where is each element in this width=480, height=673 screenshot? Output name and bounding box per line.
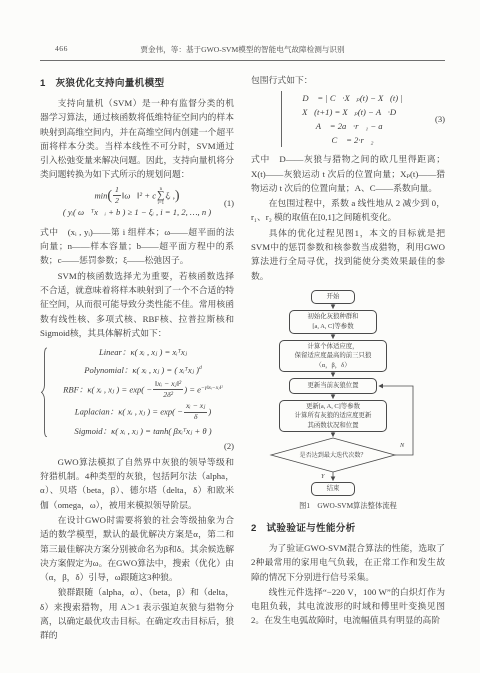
paragraph-eq3-legend: 式中 D——灰狼与猎物之间的欧几里得距离；X(t)——灰狼运动 t 次后的位置向… [251, 152, 445, 195]
equation-1-number: (1) [224, 198, 234, 208]
eq2-rbf: RBF：κ( xᵢ , xⱼ ) = exp( −‖xᵢ − xⱼ‖²2δ²) … [52, 380, 234, 400]
paragraph-svm-intro: 支持向量机（SVM）是一种有监督分类的机器学习算法，通过核函数将低维特征空间内的… [40, 96, 234, 182]
eq2-poly-main: Polynomial：κ( xᵢ , xⱼ ) = ( xᵢᵀxⱼ ) [84, 365, 199, 375]
running-title: 贾金伟，等：基于GWO-SVM模型的智能电气故障检测与识别 [40, 44, 445, 55]
eq2-rbf-prefix: RBF：κ( xᵢ , xⱼ ) = exp( − [63, 385, 152, 395]
paragraph-optimization-goal: 具体的优化过程见图1，本文的目标就是把SVM中的惩罚参数和核参数当成猎物，利用G… [251, 226, 445, 283]
eq1-min: min [94, 190, 107, 200]
equation-1-line-2: ( yᵢ( ω⃗ᵀx⃗ᵢ + b ) ≥ 1 − ξᵢ , i = 1, 2, … [40, 206, 234, 220]
eq2-rbf-close: ) = e [184, 385, 201, 395]
equation-1-line-1: min(12‖ω⃗‖² + cn∑i=1ξᵢ ,) [40, 186, 234, 206]
left-brace-icon [40, 347, 48, 438]
paragraph-coefficients: 在包围过程中，系数 a 线性地从 2 减少到 0，r₁、r₂ 模的取值在[0,1… [251, 196, 445, 225]
eq2-polynomial: Polynomial：κ( xᵢ , xⱼ ) = ( xᵢᵀxⱼ )d [52, 362, 234, 377]
header-rule [40, 60, 445, 61]
equation-3-body: D⃗ = | C⃗·X⃗ₚ(t) − X⃗(t) | X⃗(t+1) = X⃗ₚ… [281, 91, 419, 147]
paragraph-gwo-hierarchy: 在设计GWO时需要将狼的社会等级抽象为合适的数学模型，默认的最优解决方案是α，第… [40, 513, 234, 584]
eq2-lap-numerator: xᵢ − xⱼ [184, 402, 207, 412]
eq2-laplacian: Laplacian：κ( xᵢ , xⱼ ) = exp( −xᵢ − xⱼδ) [52, 402, 234, 422]
eq3-line-1: D⃗ = | C⃗·X⃗ₚ(t) − X⃗(t) | [286, 91, 419, 105]
eq2-lap-fraction: xᵢ − xⱼδ [184, 402, 207, 422]
flowchart-start-node: 开始 [311, 290, 355, 304]
paragraph-gwo-intro: GWO算法模拟了自然界中灰狼的领导等级和狩猎机制。4种类型的灰狼，包括阿尔法（a… [40, 455, 234, 512]
paper-page: 466 贾金伟，等：基于GWO-SVM模型的智能电气故障检测与识别 1 灰狼优化… [0, 0, 480, 673]
sigma-symbol: ∑ [157, 192, 165, 201]
figure-1-flowchart: 开始 初始化灰狼种群和 [a, A, C]等参数 计算个体适应度， 保留适应度最… [251, 290, 451, 498]
page-number: 466 [55, 44, 68, 53]
flowchart-fitness-node: 计算个体适应度， 保留适应度最高的前三只狼 （α，β，δ） [279, 340, 387, 372]
flowchart-update-pos-node: 更新当前灰狼位置 [289, 378, 377, 394]
eq3-line-3: A⃗ = 2a⃗·r⃗₁ − a⃗ [286, 119, 419, 133]
eq2-sigmoid: Sigmoid：κ( xᵢ , xⱼ ) = tanh( βxᵢᵀxⱼ + θ … [52, 425, 234, 439]
eq1-fraction: 12 [113, 186, 121, 206]
eq2-lap-close: ) [208, 407, 211, 417]
eq2-rbf-numerator: ‖xᵢ − xⱼ‖² [153, 380, 183, 390]
eq1-frac-numerator: 1 [113, 186, 121, 196]
eq2-lap-denominator: δ [184, 413, 207, 422]
two-column-layout: 1 灰狼优化支持向量机模型 支持向量机（SVM）是一种有监督分类的机器学习算法，… [40, 73, 445, 644]
eq1-close-paren: ) [175, 188, 180, 203]
paragraph-experiment-intro: 为了验证GWO-SVM混合算法的性能，选取了2种最常用的家用电气负载，在正常工作… [251, 541, 445, 584]
flowchart-yes-label: Y [321, 473, 324, 480]
equation-2: Linear：κ( xᵢ , xⱼ ) = xᵢᵀxⱼ Polynomial：κ… [40, 346, 234, 451]
eq1-frac-denominator: 2 [113, 196, 121, 205]
paragraph-kernel-intro: SVM的核函数选择尤为重要，若核函数选择不合适，就意味着将样本映射到了一个不合适… [40, 269, 234, 340]
eq1-open-paren: ( [107, 188, 112, 203]
eq3-line-4: C⃗ = 2·r⃗₂ [286, 133, 419, 147]
paragraph-encircle-lead: 包围行式如下： [251, 73, 445, 87]
equation-3: D⃗ = | C⃗·X⃗ₚ(t) − X⃗(t) | X⃗(t+1) = X⃗ₚ… [251, 91, 445, 147]
page-header: 466 贾金伟，等：基于GWO-SVM模型的智能电气故障检测与识别 [40, 44, 445, 56]
eq2-rbf-fraction: ‖xᵢ − xⱼ‖²2δ² [153, 380, 183, 400]
flowchart-update-param-node: 更新[a, A, C]等参数 计算所有灰狼的适应度更新 其函数状况和位置 [279, 400, 387, 432]
eq2-linear: Linear：κ( xᵢ , xⱼ ) = xᵢᵀxⱼ [52, 346, 234, 360]
section-1-heading: 1 灰狼优化支持向量机模型 [40, 75, 234, 89]
left-column: 1 灰狼优化支持向量机模型 支持向量机（SVM）是一种有监督分类的机器学习算法，… [40, 73, 234, 644]
equation-1-body: min(12‖ω⃗‖² + cn∑i=1ξᵢ ,) ( yᵢ( ω⃗ᵀx⃗ᵢ +… [40, 186, 234, 220]
flowchart-end-node: 结束 [311, 482, 355, 496]
eq1-middle: ‖ω⃗‖² + c [122, 190, 156, 200]
paragraph-resistive-load: 线性元件选择“−220 V，100 W”的白炽灯作为电阻负载，其电流波形的时域和… [251, 585, 445, 628]
flowchart-no-label: N [400, 442, 404, 449]
paragraph-wolf-hunt: 狼群跟随（alpha，α）、（beta，β）和（delta，δ）来搜索猎物，用 … [40, 585, 234, 642]
figure-1-caption: 图1 GWO-SVM算法整体流程 [251, 501, 445, 511]
eq3-line-2: X⃗(t+1) = X⃗ₚ(t) − A⃗·D⃗ [286, 105, 419, 119]
eq2-poly-exponent: d [199, 365, 202, 371]
section-2-heading: 2 试验验证与性能分析 [251, 520, 445, 534]
eq2-lap-prefix: Laplacian：κ( xᵢ , xⱼ ) = exp( − [75, 407, 183, 417]
flowchart-decision-text: 是否达到最大迭代次数？ [281, 450, 385, 459]
eq2-rbf-exponent: −γ‖xᵢ−xⱼ‖² [201, 385, 223, 391]
right-column: 包围行式如下： D⃗ = | C⃗·X⃗ₚ(t) − X⃗(t) | X⃗(t+… [251, 73, 445, 644]
eq1-sum-operator: n∑i=1 [157, 187, 165, 206]
equation-2-number: (2) [52, 441, 234, 451]
equation-3-number: (3) [435, 114, 445, 124]
eq2-rbf-denominator: 2δ² [153, 390, 183, 399]
equation-1: min(12‖ω⃗‖² + cn∑i=1ξᵢ ,) ( yᵢ( ω⃗ᵀx⃗ᵢ +… [40, 186, 234, 220]
flowchart-init-node: 初始化灰狼种群和 [a, A, C]等参数 [289, 310, 377, 334]
paragraph-eq1-legend: 式中 (xᵢ , yᵢ)——第 i 组样本；ω——超平面的法向量；n——样本容量… [40, 225, 234, 268]
eq1-tail: ξᵢ , [166, 190, 175, 200]
